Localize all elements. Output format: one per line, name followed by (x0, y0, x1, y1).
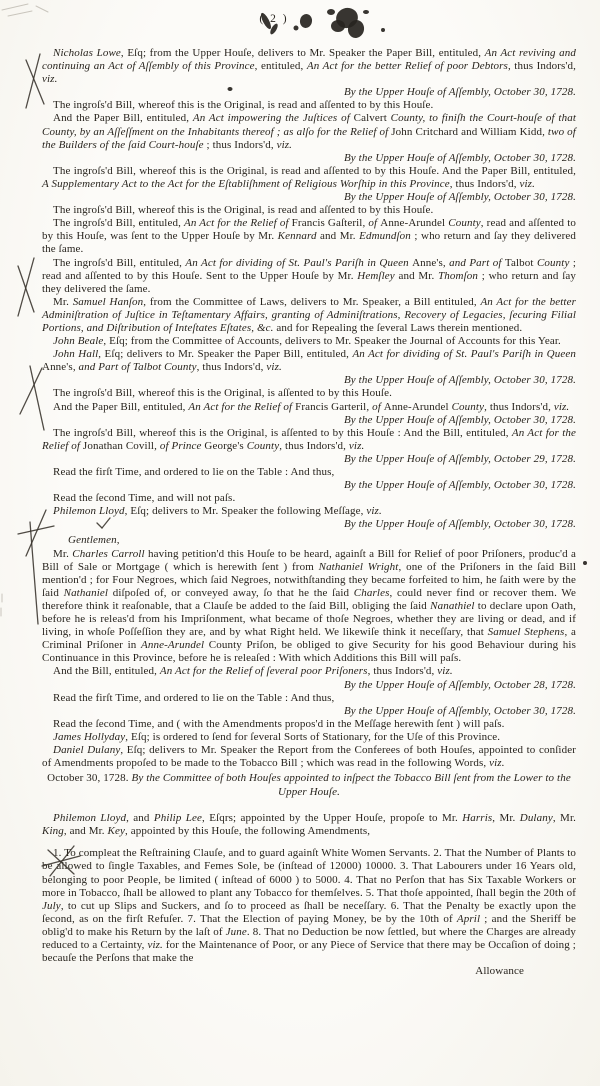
italic-text: , of (366, 401, 383, 413)
italic-text: , of Prince (154, 440, 204, 452)
paragraph-poor-prisoners-bill: And the Bill, entituled, An Act for the … (42, 665, 576, 678)
page-scan: ( 2 ) Nicholas Lowe, Eſq; from the Upper… (0, 0, 600, 1086)
italic-text: Philemon Lloyd (53, 505, 125, 517)
italic-text: By the Upper Houſe of Aſſembly, October … (344, 518, 576, 530)
roman-text: , thus Indors'd, (508, 60, 576, 72)
italic-text: , of (363, 217, 381, 229)
italic-text: An Act impowering the Juſtices of (193, 112, 354, 124)
italic-text: viz. (520, 178, 535, 190)
italic-text: viz. (489, 757, 504, 769)
document-text: Nicholas Lowe, Eſq; from the Upper Houſe… (42, 47, 576, 978)
italic-text: County (449, 401, 484, 413)
attribution-line: By the Upper Houſe of Aſſembly, October … (42, 705, 576, 718)
italic-text: Gentlemen, (68, 534, 120, 546)
roman-text: Anne-Arundel (380, 217, 445, 229)
roman-text: , Eſq; delivers to Mr. Speaker the Paper… (98, 348, 352, 360)
salutation: Gentlemen, (42, 534, 576, 547)
roman-text: , and (126, 812, 154, 824)
attribution-line: By the Upper Houſe of Aſſembly, October … (42, 679, 576, 692)
italic-text: Dulany (520, 812, 553, 824)
roman-text: Anne's (412, 257, 443, 269)
roman-text: The ingroſs'd Bill, whereof this is the … (53, 165, 576, 177)
italic-text: Samuel Hanſon (73, 296, 144, 308)
paragraph-john-hall: John Hall, Eſq; delivers to Mr. Speaker … (42, 348, 576, 374)
italic-text: Samuel Stephens (488, 626, 565, 638)
paragraph-daniel-dulany: Daniel Dulany, Eſq; delivers to Mr. Spea… (42, 744, 576, 770)
roman-text: The ingroſs'd Bill, whereof this is the … (53, 427, 512, 439)
roman-text: diſpoſed of, or conveyed away, ſo that h… (108, 587, 354, 599)
attribution-line: By the Upper Houſe of Aſſembly, October … (42, 518, 576, 531)
roman-text: and Mr. (317, 230, 360, 242)
roman-text: Francis Garteril (295, 401, 366, 413)
italic-text: An Act for the better Relief of poor Deb… (307, 60, 508, 72)
italic-text: June (226, 926, 247, 938)
italic-text: By the Upper Houſe of Aſſembly, October … (344, 191, 576, 203)
italic-text: Harris (462, 812, 492, 824)
italic-text: By the Upper Houſe of Aſſembly, October … (344, 374, 576, 386)
roman-text: and Mr. (395, 270, 438, 282)
ink-speck-2 (294, 26, 299, 31)
italic-text: By the Upper Houſe of Aſſembly, October … (344, 152, 576, 164)
paragraph: The ingroſs'd Bill, whereof this is the … (42, 99, 576, 112)
paragraph-gasteril-relief: The ingroſs'd Bill, entituled, An Act fo… (42, 217, 576, 256)
roman-text: And the Bill, entituled, (53, 665, 160, 677)
italic-text: Daniel Dulany (53, 744, 120, 756)
attribution-line: By the Upper Houſe of Aſſembly, October … (42, 86, 576, 99)
roman-text: , thus Indors'd, (484, 401, 554, 413)
italic-text: Nanathiel (430, 600, 474, 612)
italic-text: Philip Lee (154, 812, 202, 824)
ink-dot-right-margin (583, 561, 587, 565)
roman-text: , thus Indors'd, (450, 178, 520, 190)
roman-text: , Eſq; is ordered to ſend for ſeveral So… (125, 731, 500, 743)
roman-text: ; thus Indors'd, (204, 139, 277, 151)
italic-text: viz. (277, 139, 292, 151)
roman-text: The ingroſs'd Bill, entituled, (53, 217, 184, 229)
paragraph-nicholas-lowe: Nicholas Lowe, Eſq; from the Upper Houſe… (42, 47, 576, 86)
italic-text: John Hall (53, 348, 98, 360)
roman-text: Read the ſecond Time, and ( with the Ame… (53, 718, 505, 730)
attribution-line: By the Upper Houſe of Aſſembly, October … (42, 453, 576, 466)
paragraph: The ingroſs'd Bill, whereof this is the … (42, 204, 576, 217)
roman-text: , Eſq; delivers to Mr. Speaker the follo… (125, 505, 367, 517)
italic-text: July (42, 900, 61, 912)
paragraph: Read the ſecond Time, and ( with the Ame… (42, 718, 576, 731)
roman-text: Calvert (354, 112, 387, 124)
roman-text: Read the ſecond Time, and will not paſs. (53, 492, 235, 504)
italic-text: By the Committee of both Houſes appointe… (132, 772, 571, 798)
paragraph-numbered-amendments: 1. To compleat the Reſtraining Clauſe, a… (42, 847, 576, 965)
committee-heading: October 30, 1728. By the Committee of bo… (42, 772, 576, 799)
italic-text: April (457, 913, 480, 925)
roman-text: The ingroſs'd Bill, entituled, (53, 257, 185, 269)
roman-text: Anne-Arundel (384, 401, 449, 413)
italic-text: An Act for the Relief of (188, 401, 295, 413)
roman-text: Read the firſt Time, and ordered to lie … (53, 692, 334, 704)
roman-text: , from the Committee of Laws, delivers t… (143, 296, 480, 308)
edge-mark-left (1, 594, 2, 616)
roman-text: , Mr. (553, 812, 576, 824)
roman-text: Read the firſt Time, and ordered to lie … (53, 466, 334, 478)
italic-text: Talbot County (133, 361, 197, 373)
italic-text: Kennard (278, 230, 317, 242)
italic-text: John Beale (53, 335, 103, 347)
italic-text: By the Upper Houſe of Aſſembly, October … (344, 679, 576, 691)
page-number: ( 2 ) (0, 13, 548, 25)
roman-text: , appointed by this Houſe, the following… (125, 825, 370, 837)
italic-text: Philemon Lloyd (53, 812, 126, 824)
roman-text: , Eſqrs; appointed by the Upper Houſe, p… (202, 812, 462, 824)
paragraph-james-hollyday: James Hollyday, Eſq; is ordered to ſend … (42, 731, 576, 744)
italic-text: viz. (554, 401, 569, 413)
paragraph: Read the ſecond Time, and will not paſs. (42, 492, 576, 505)
italic-text: By the Upper Houſe of Aſſembly, October … (344, 453, 576, 465)
roman-text: , Eſq; from the Committee of Accounts, d… (103, 335, 561, 347)
italic-text: County (445, 217, 481, 229)
paragraph-jonathan-covill: The ingroſs'd Bill, whereof this is the … (42, 427, 576, 453)
paragraph-philemon-lloyd-message: Philemon Lloyd, Eſq; delivers to Mr. Spe… (42, 505, 576, 518)
roman-text: And the Paper Bill, entituled, (53, 112, 193, 124)
roman-text: John Critchard and William Kidd (391, 126, 542, 138)
paragraph-calvert-courthouse: And the Paper Bill, entituled, An Act im… (42, 112, 576, 151)
paragraph-charles-carroll-petition: Mr. Charles Carroll having petition'd th… (42, 548, 576, 666)
roman-text: October 30, 1728. (47, 772, 131, 784)
paragraph-st-pauls-parish: The ingroſs'd Bill, entituled, An Act fo… (42, 257, 576, 296)
roman-text: , Mr. (492, 812, 519, 824)
paragraph-amendments-proposed: Philemon Lloyd, and Philip Lee, Eſqrs; a… (42, 812, 576, 838)
italic-text: , and Part of (443, 257, 505, 269)
italic-text: By the Upper Houſe of Aſſembly, October … (344, 414, 576, 426)
italic-text: King (42, 825, 64, 837)
paragraph-john-beale: John Beale, Eſq; from the Committee of A… (42, 335, 576, 348)
italic-text: Nicholas Lowe (53, 47, 121, 59)
italic-text: Nathaniel (64, 587, 108, 599)
italic-text: By the Upper Houſe of Aſſembly, October … (344, 86, 576, 98)
roman-text: , thus Indors'd, (197, 361, 267, 373)
margin-x-mark-3 (20, 366, 44, 430)
roman-text: The ingroſs'd Bill, whereof this is the … (53, 99, 433, 111)
catchword: Allowance (42, 965, 576, 978)
italic-text: A Supplementary Act to the Act for the E… (42, 178, 450, 190)
italic-text: By the Upper Houſe of Aſſembly, October … (344, 479, 576, 491)
italic-text: Charles Carroll (72, 548, 144, 560)
italic-text: James Hollyday (53, 731, 125, 743)
italic-text: Edmundſon (359, 230, 411, 242)
paragraph: Read the firſt Time, and ordered to lie … (42, 466, 576, 479)
italic-text: An Act for dividing of St. Paul's Pariſh… (185, 257, 412, 269)
roman-text: The ingroſs'd Bill, whereof this is the … (53, 387, 392, 399)
paragraph: The ingroſs'd Bill, whereof this is the … (42, 387, 576, 400)
roman-text: , thus Indors'd, (368, 665, 438, 677)
roman-text: , Eſq; from the Upper Houſe, delivers to… (121, 47, 485, 59)
italic-text: Thomſon (438, 270, 478, 282)
italic-text: Nathaniel Wright (319, 561, 399, 573)
attribution-line: By the Upper Houſe of Aſſembly, October … (42, 374, 576, 387)
roman-text: , entituled, (255, 60, 307, 72)
paragraph: Read the firſt Time, and ordered to lie … (42, 692, 576, 705)
paragraph-religious-worship: The ingroſs'd Bill, whereof this is the … (42, 165, 576, 191)
roman-text: George's (204, 440, 243, 452)
roman-text: And the Paper Bill, entituled, (53, 401, 188, 413)
italic-text: viz. (437, 665, 452, 677)
roman-text: Jonathan Covill (83, 440, 154, 452)
ink-speck-1 (381, 28, 385, 32)
roman-text: The ingroſs'd Bill, whereof this is the … (53, 204, 433, 216)
roman-text: Mr. (53, 296, 73, 308)
italic-text: By the Upper Houſe of Aſſembly, October … (344, 705, 576, 717)
paragraph-samuel-hanson: Mr. Samuel Hanſon, from the Committee of… (42, 296, 576, 335)
roman-text: and for Repealing the ſeveral Laws there… (274, 322, 523, 334)
italic-text: County (244, 440, 279, 452)
italic-text: Key (108, 825, 125, 837)
italic-text: viz. (366, 505, 381, 517)
roman-text: Allowance (475, 965, 524, 977)
roman-text: Francis Gaſteril (292, 217, 363, 229)
roman-text: Talbot (505, 257, 534, 269)
roman-text: Mr. (53, 548, 72, 560)
paragraph-garteril-relief: And the Paper Bill, entituled, An Act fo… (42, 401, 576, 414)
attribution-line: By the Upper Houſe of Aſſembly, October … (42, 414, 576, 427)
italic-text: An Act for dividing of St. Paul's Pariſh… (352, 348, 576, 360)
roman-text: Anne's (42, 361, 73, 373)
italic-text: An Act for the Relief of ſeveral poor Pr… (160, 665, 368, 677)
italic-text: viz. (147, 939, 162, 951)
roman-text: , and Mr. (64, 825, 108, 837)
italic-text: Charles (354, 587, 390, 599)
roman-text: , thus Indors'd, (279, 440, 349, 452)
attribution-line: By the Upper Houſe of Aſſembly, October … (42, 479, 576, 492)
attribution-line: By the Upper Houſe of Aſſembly, October … (42, 191, 576, 204)
roman-text: 1. To compleat the Reſtraining Clauſe, a… (42, 847, 576, 898)
italic-text: Hemſley (357, 270, 395, 282)
italic-text: viz. (42, 73, 57, 85)
italic-text: An Act for the Relief of (184, 217, 292, 229)
italic-text: viz. (266, 361, 281, 373)
italic-text: Anne-Arundel (141, 639, 204, 651)
italic-text: viz. (349, 440, 364, 452)
attribution-line: By the Upper Houſe of Aſſembly, October … (42, 152, 576, 165)
margin-x-mark-2 (18, 258, 34, 316)
italic-text: County (534, 257, 570, 269)
italic-text: , and Part of (73, 361, 133, 373)
